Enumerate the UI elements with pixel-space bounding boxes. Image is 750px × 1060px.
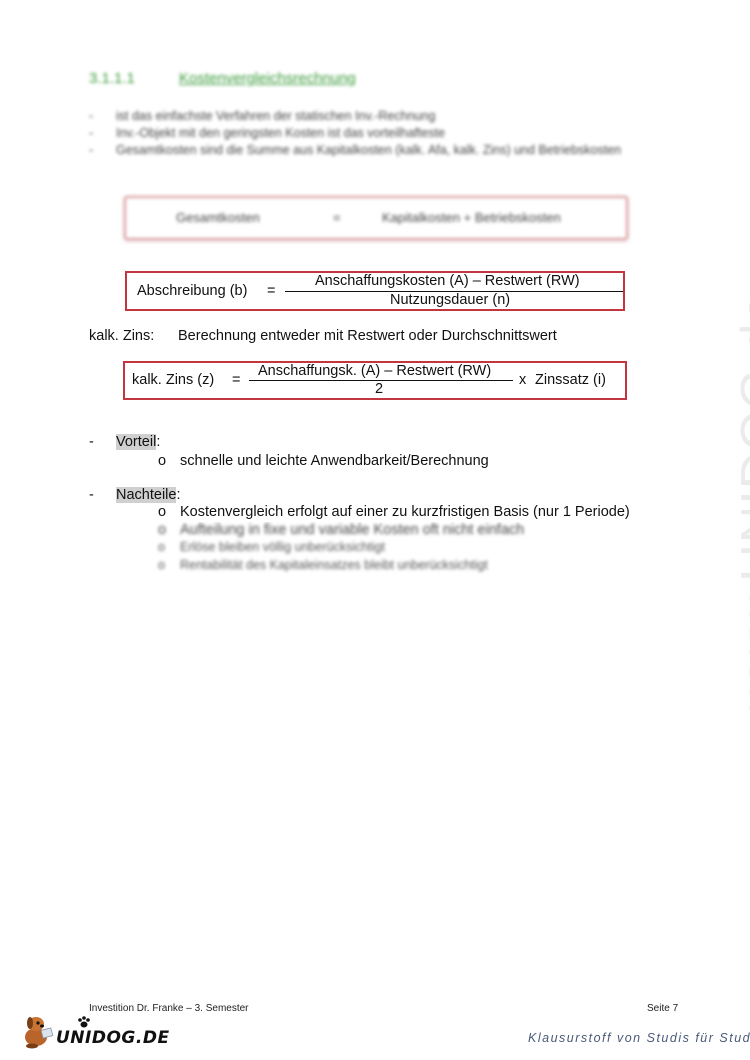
- disadvantages-label: Nachteile: [116, 487, 176, 503]
- list-item: - Inv.-Objekt mit den geringsten Kosten …: [89, 125, 649, 142]
- formula-equals: =: [232, 372, 240, 388]
- tagline: Klausurstoff von Studis für Studis: [528, 1031, 750, 1045]
- watermark: www.UNIDOG.de: [730, 310, 750, 710]
- advantages-heading: Vorteil:: [116, 434, 160, 450]
- footer-left: Investition Dr. Franke – 3. Semester: [89, 1003, 249, 1014]
- disadvantage-item: Aufteilung in fixe und variable Kosten o…: [180, 522, 524, 538]
- formula-right: Kapitalkosten + Betriebskosten: [382, 210, 561, 225]
- formula-factor: Zinssatz (i): [535, 372, 606, 388]
- formula-equals: =: [333, 210, 341, 225]
- disadvantage-item-marker: o: [158, 504, 166, 520]
- bullet-text: ist das einfachste Verfahren der statisc…: [116, 108, 435, 125]
- paw-icon: [77, 1016, 91, 1028]
- disadvantage-item-marker: o: [158, 558, 165, 572]
- disadvantages-marker: -: [89, 487, 94, 503]
- disadvantage-item-marker: o: [158, 522, 166, 538]
- section-title: Kostenvergleichsrechnung: [179, 70, 356, 87]
- advantages-label: Vorteil: [116, 434, 156, 450]
- disadvantages-heading: Nachteile:: [116, 487, 180, 503]
- blurred-disadvantages: o Aufteilung in fixe und variable Kosten…: [150, 522, 650, 582]
- page-number: Seite 7: [647, 1003, 678, 1014]
- list-item: - ist das einfachste Verfahren der stati…: [89, 108, 649, 125]
- unidog-logo: UNIDOG.DE: [22, 1015, 152, 1051]
- disadvantage-item: Kostenvergleich erfolgt auf einer zu kur…: [180, 504, 630, 520]
- logo-text: UNIDOG.DE: [56, 1028, 170, 1048]
- bullet-marker: -: [89, 142, 116, 159]
- disadvantage-item: Erlöse bleiben völlig unberücksichtigt: [180, 540, 385, 554]
- intro-bullet-list: - ist das einfachste Verfahren der stati…: [89, 108, 649, 159]
- formula-denominator: 2: [375, 381, 383, 397]
- advantage-item-marker: o: [158, 453, 166, 469]
- depreciation-formula: Abschreibung (b) = Anschaffungskosten (A…: [125, 271, 625, 311]
- formula-left: kalk. Zins (z): [132, 372, 214, 388]
- bullet-text: Gesamtkosten sind die Summe aus Kapitalk…: [116, 142, 621, 159]
- formula-left: Gesamtkosten: [176, 210, 260, 225]
- disadvantage-item-marker: o: [158, 540, 165, 554]
- bullet-marker: -: [89, 108, 116, 125]
- list-item: - Gesamtkosten sind die Summe aus Kapita…: [89, 142, 649, 159]
- interest-note-label: kalk. Zins:: [89, 328, 154, 344]
- dog-icon: [22, 1015, 58, 1049]
- formula-equals: =: [267, 283, 275, 299]
- formula-numerator: Anschaffungskosten (A) – Restwert (RW): [315, 273, 580, 289]
- interest-formula: kalk. Zins (z) = Anschaffungsk. (A) – Re…: [123, 361, 627, 400]
- bullet-text: Inv.-Objekt mit den geringsten Kosten is…: [116, 125, 445, 142]
- formula-multiplier: x: [519, 372, 526, 388]
- total-cost-formula: Gesamtkosten = Kapitalkosten + Betriebsk…: [124, 196, 628, 240]
- formula-denominator: Nutzungsdauer (n): [390, 292, 510, 308]
- interest-note-text: Berechnung entweder mit Restwert oder Du…: [178, 328, 557, 344]
- advantages-marker: -: [89, 434, 94, 450]
- section-number: 3.1.1.1: [89, 70, 179, 87]
- formula-left: Abschreibung (b): [137, 283, 247, 299]
- advantage-item: schnelle und leichte Anwendbarkeit/Berec…: [180, 453, 489, 469]
- section-heading: 3.1.1.1Kostenvergleichsrechnung: [89, 70, 356, 87]
- formula-numerator: Anschaffungsk. (A) – Restwert (RW): [258, 363, 491, 379]
- disadvantage-item: Rentabilität des Kapitaleinsatzes bleibt…: [180, 558, 488, 572]
- bullet-marker: -: [89, 125, 116, 142]
